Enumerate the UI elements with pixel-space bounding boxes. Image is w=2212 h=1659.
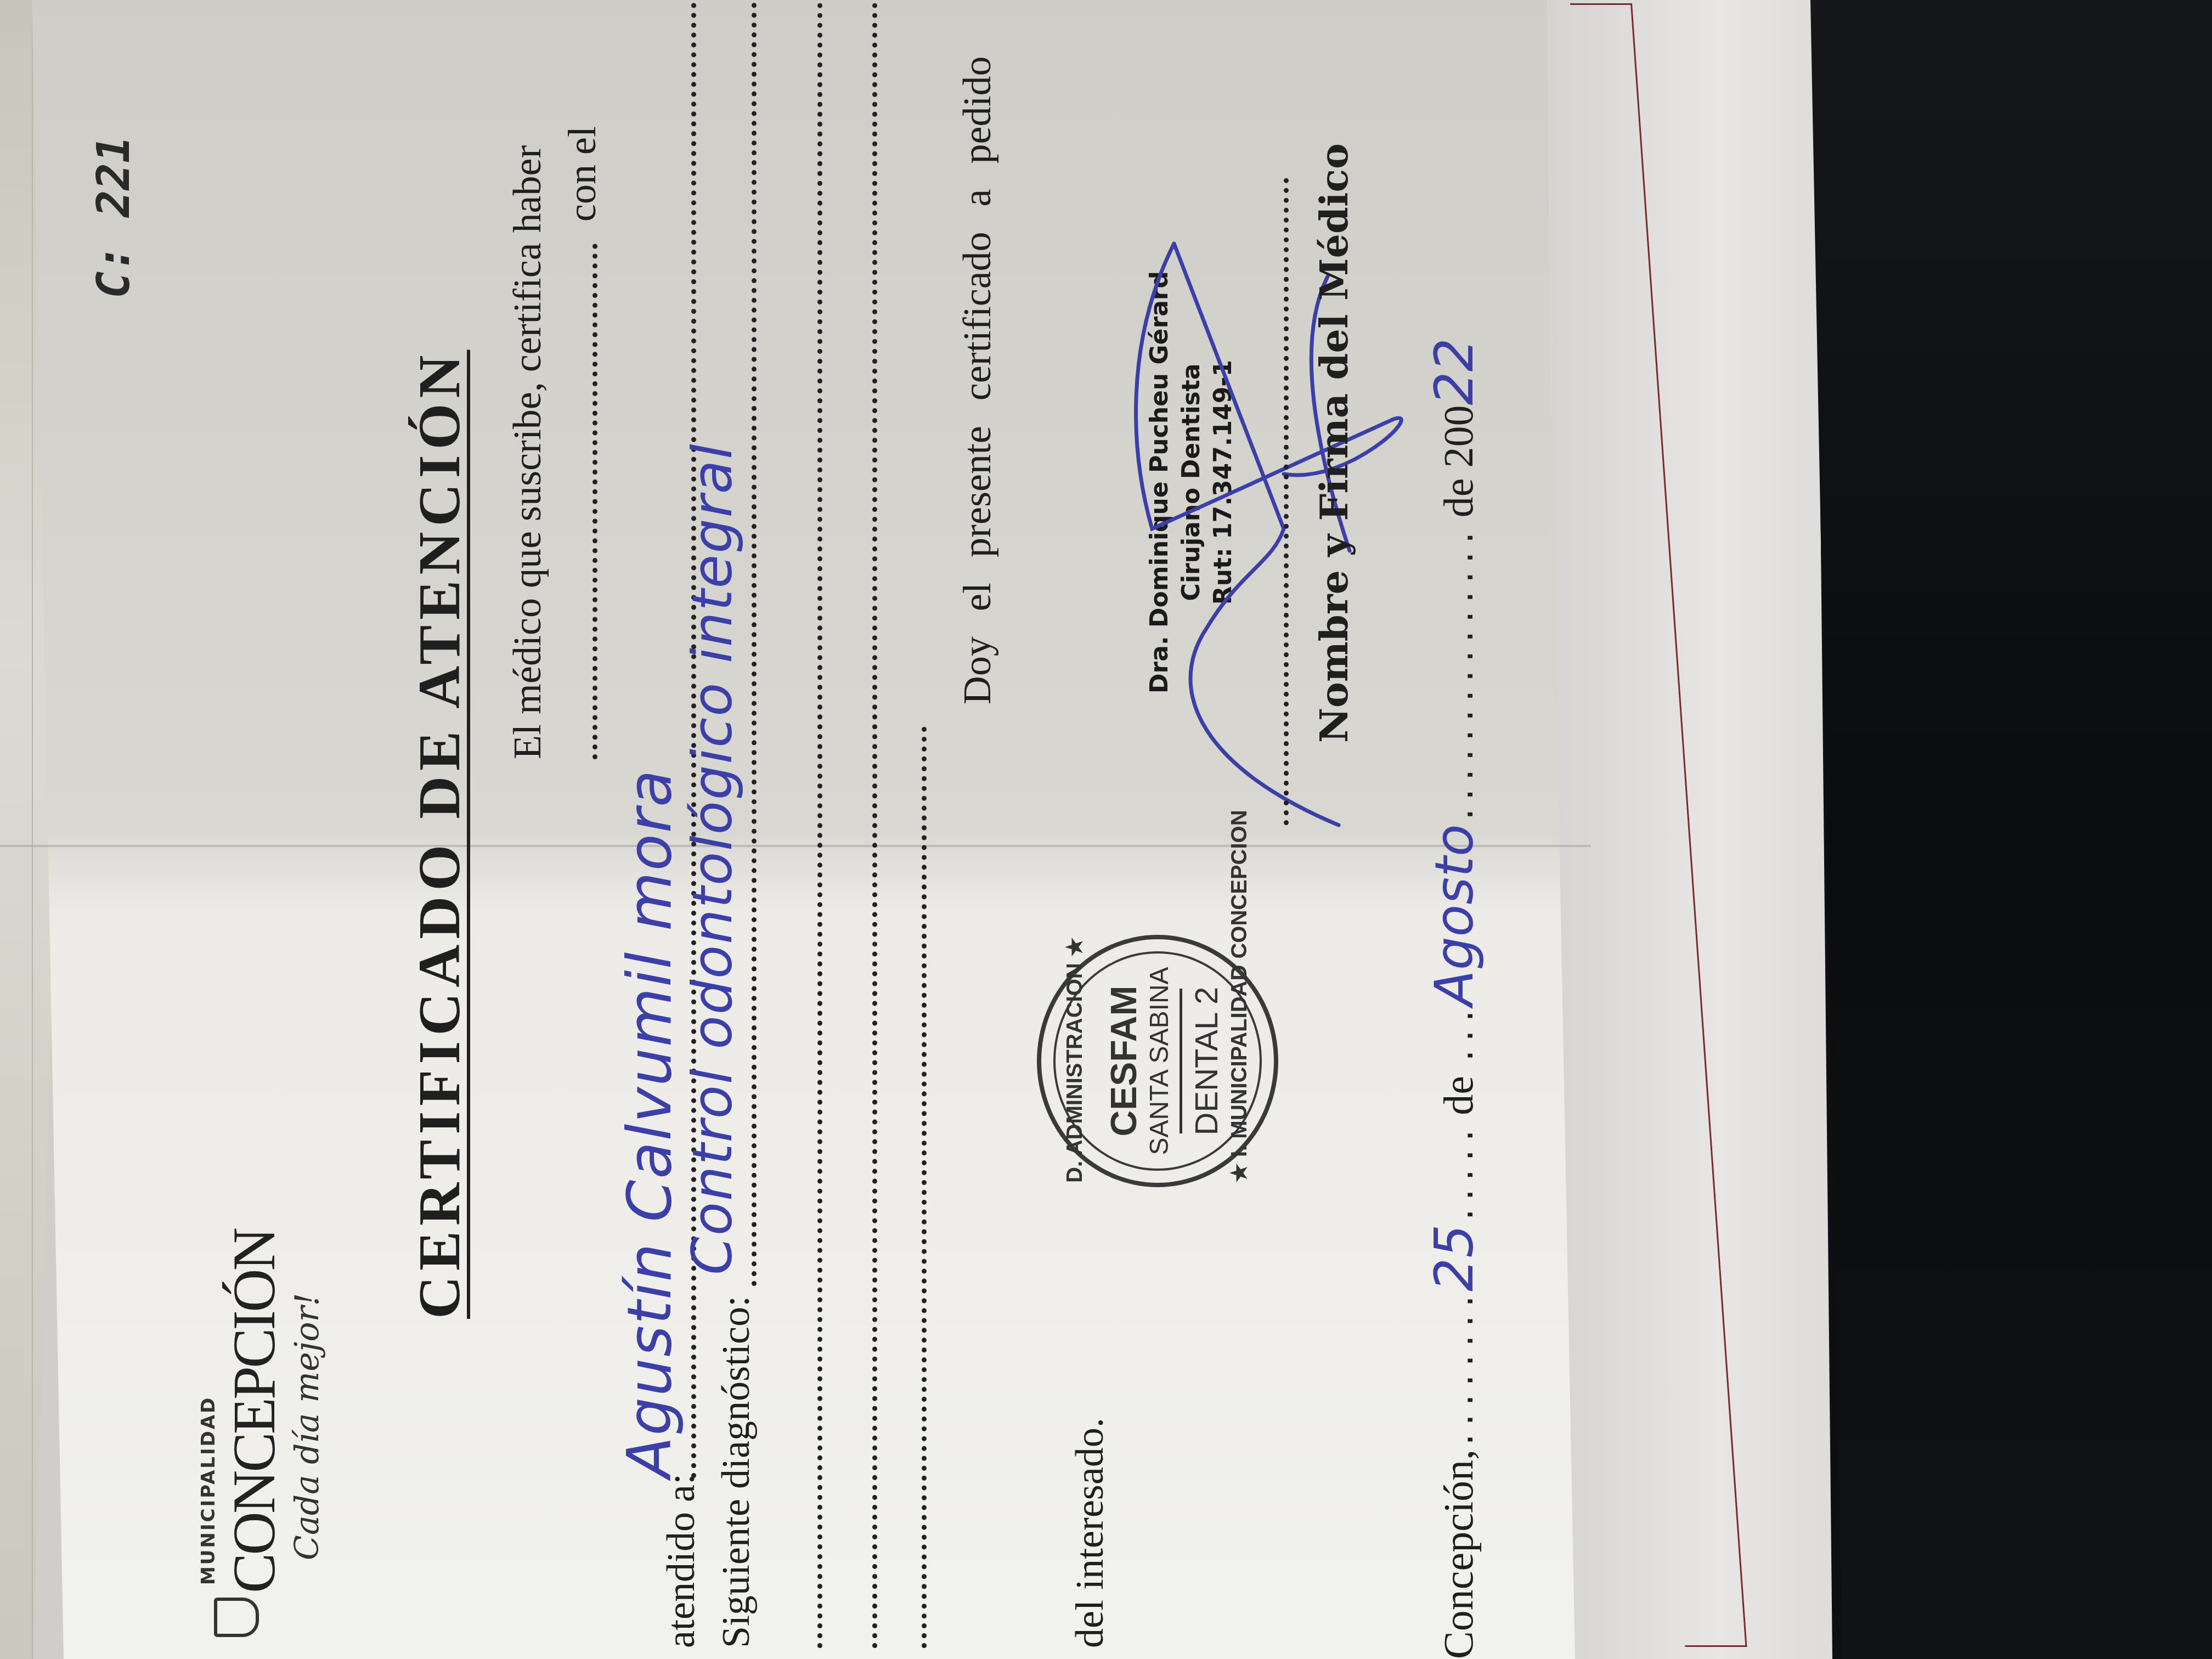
date-de-2: de bbox=[1436, 478, 1482, 517]
closing-line-1: Doy el presente certificado a pedido bbox=[955, 56, 1000, 704]
dotted-line bbox=[592, 244, 597, 759]
date-city: Concepción, bbox=[1436, 1449, 1482, 1659]
con-el-text: con el bbox=[560, 126, 605, 222]
certificate-page: MUNICIPALIDAD CONCEPCIÓN Cada día mejor!… bbox=[0, 0, 1591, 1659]
logo-municipality-label: MUNICIPALIDAD bbox=[198, 1396, 219, 1585]
stamp-ring-bottom: ★ I. MUNICIPALIDAD CONCEPCION bbox=[1227, 939, 1252, 1183]
stamp-line-2: SANTA SABINA bbox=[1144, 939, 1175, 1183]
signature-dotted-line bbox=[1284, 178, 1289, 825]
closing-line-2: del interesado. bbox=[1067, 1418, 1113, 1648]
date-year-handwritten: 22 bbox=[1424, 338, 1485, 405]
stamp-divider bbox=[1180, 989, 1182, 1133]
official-stamp: D. ADMINISTRACION ★ CESFAM SANTA SABINA … bbox=[1037, 935, 1278, 1187]
stamp-line-3: DENTAL 2 bbox=[1188, 939, 1225, 1183]
document-title: CERTIFICADO DE ATENCIÓN bbox=[406, 350, 474, 1319]
doctor-signature bbox=[1042, 233, 1426, 836]
diagnosis-value: Control odontológico integral bbox=[680, 443, 744, 1275]
dotted-line bbox=[872, 2, 877, 1648]
date-line: Concepción,........25..... de ...Agosto.… bbox=[1424, 338, 1485, 1659]
date-de-1: de bbox=[1436, 1076, 1482, 1115]
folio-number: C: 221 bbox=[88, 136, 140, 298]
patient-name: Agustín Calvumil mora bbox=[614, 769, 685, 1478]
logo-slogan: Cada día mejor! bbox=[288, 1293, 326, 1560]
date-year-printed: 200 bbox=[1436, 405, 1482, 467]
diagnosis-label: Siguiente diagnóstico: bbox=[713, 1296, 759, 1648]
dotted-line bbox=[752, 2, 757, 1286]
stamp-line-1: CESFAM bbox=[1103, 939, 1144, 1183]
dark-background bbox=[1810, 0, 2212, 1659]
stamp-ring-top: D. ADMINISTRACION ★ bbox=[1062, 939, 1087, 1183]
logo-municipality-name: CONCEPCIÓN bbox=[219, 1229, 289, 1593]
date-month: Agosto bbox=[1424, 824, 1485, 1006]
dotted-line bbox=[922, 726, 927, 1648]
date-day: 25 bbox=[1424, 1224, 1485, 1291]
attended-label: atendido a: bbox=[658, 1474, 704, 1648]
signature-label: Nombre y Firma del Médico bbox=[1311, 143, 1357, 743]
intro-text: El médico que suscribe, certifica haber bbox=[505, 145, 550, 759]
dotted-line bbox=[817, 2, 822, 1648]
paper-fold bbox=[0, 845, 1591, 847]
municipality-logo: MUNICIPALIDAD CONCEPCIÓN Cada día mejor! bbox=[198, 1330, 340, 1637]
shield-icon bbox=[214, 1598, 259, 1637]
